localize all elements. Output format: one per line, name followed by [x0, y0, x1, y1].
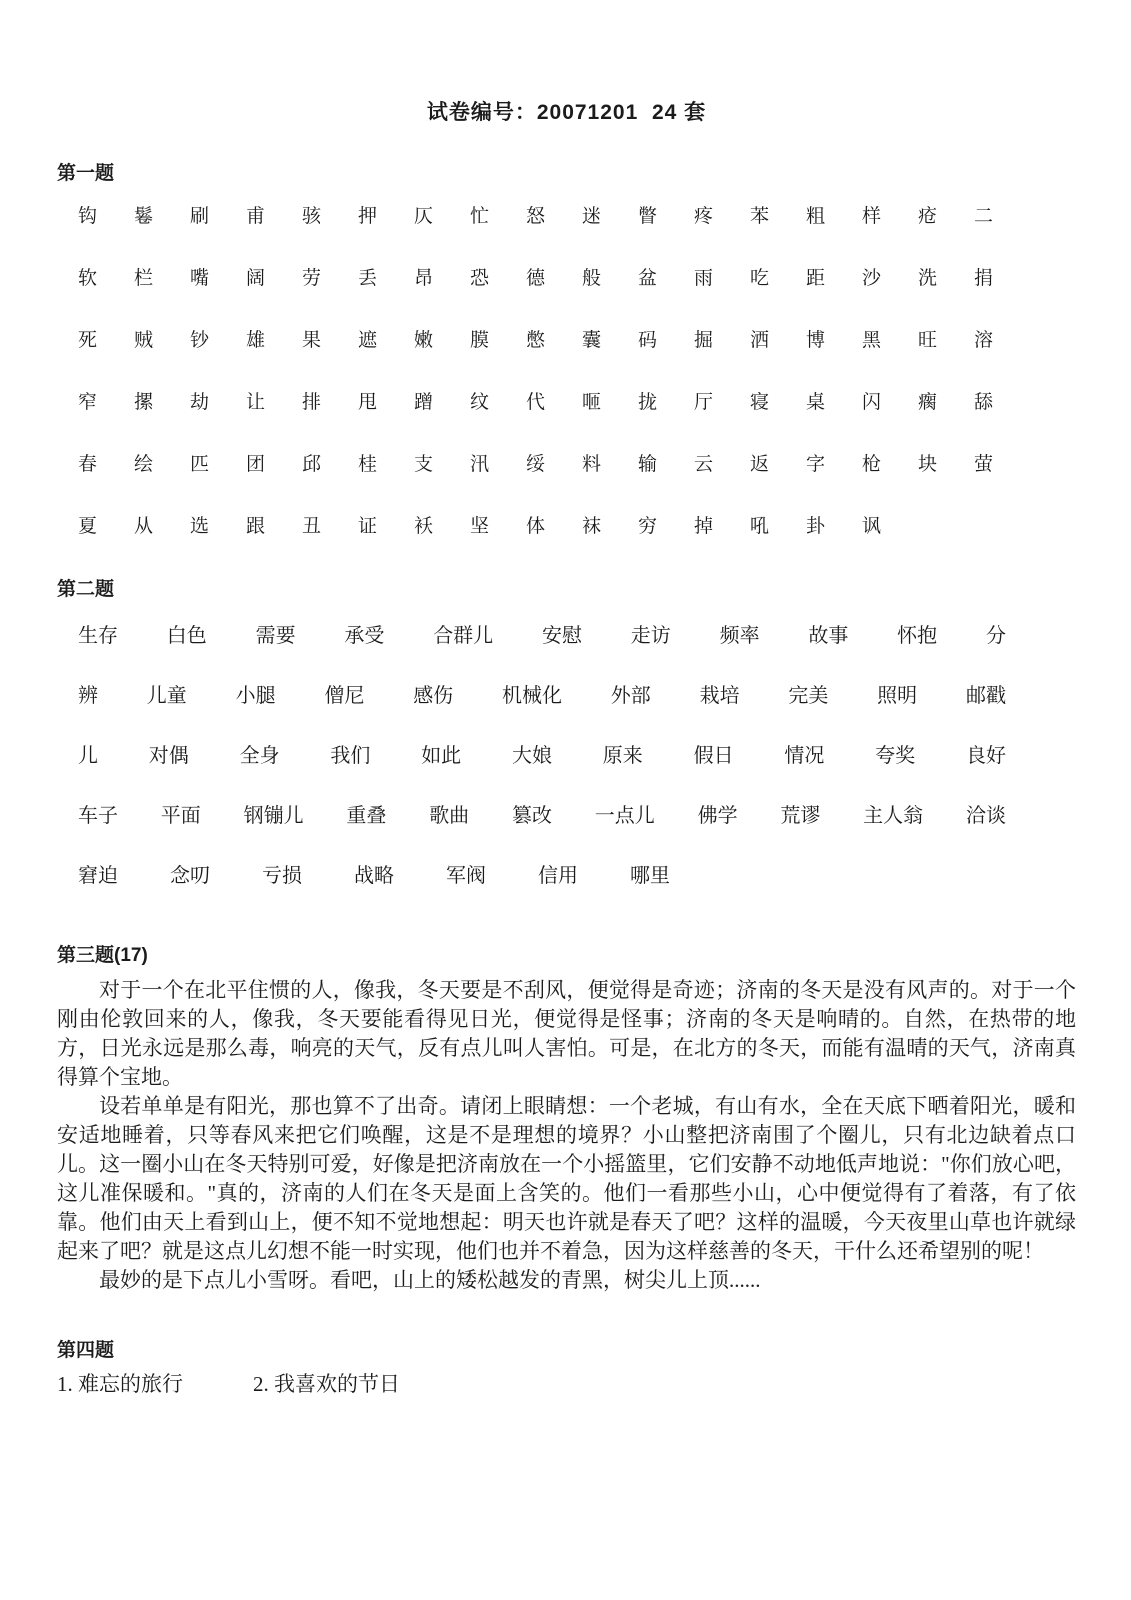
character-cell: 丢	[358, 268, 414, 290]
character-cell: 输	[638, 454, 694, 476]
word-cell: 频率	[720, 624, 760, 684]
character-cell: 仄	[414, 206, 470, 228]
character-cell: 劫	[190, 392, 246, 414]
character-cell: 体	[526, 516, 582, 538]
character-cell: 果	[302, 330, 358, 352]
word-cell: 车子	[78, 804, 118, 864]
word-cell: 良好	[966, 744, 1006, 804]
word-cell: 荒谬	[780, 804, 820, 864]
character-cell: 旺	[918, 330, 974, 352]
character-cell: 昂	[414, 268, 470, 290]
word-cell: 感伤	[413, 684, 453, 744]
word-cell: 夸奖	[875, 744, 915, 804]
question2-heading: 第二题	[57, 578, 1076, 602]
question2-row-5: 窘迫念叨亏损战略军阀信用哪里	[78, 864, 1006, 924]
character-cell: 迷	[582, 206, 638, 228]
character-cell: 夏	[78, 516, 134, 538]
character-cell: 块	[918, 454, 974, 476]
word-cell: 佛学	[698, 804, 738, 864]
question1-section: 第一题 钩鬈刷甫骇押仄忙怒迷瞥疼苯粗样疮二 软栏嘴阔劳丢昂恐德般盆雨吃距沙洗捐 …	[57, 162, 1076, 578]
word-cell: 念叨	[170, 864, 210, 924]
character-cell: 溶	[974, 330, 1030, 352]
character-cell: 摞	[134, 392, 190, 414]
character-cell: 囊	[582, 330, 638, 352]
character-cell: 骇	[302, 206, 358, 228]
word-cell: 亏损	[262, 864, 302, 924]
character-cell: 死	[78, 330, 134, 352]
word-cell: 钢镚儿	[244, 804, 304, 864]
word-cell: 窘迫	[78, 864, 118, 924]
word-cell: 全身	[240, 744, 280, 804]
question1-row-5: 春绘匹团邱桂支汛绥料输云返字枪块萤	[78, 454, 1076, 516]
character-cell: 粗	[806, 206, 862, 228]
character-cell: 卦	[806, 516, 862, 538]
word-cell: 歌曲	[429, 804, 469, 864]
essay-topics: 1. 难忘的旅行2. 我喜欢的节日	[57, 1370, 1076, 1398]
character-cell: 掉	[694, 516, 750, 538]
character-cell: 捐	[974, 268, 1030, 290]
character-cell: 雄	[246, 330, 302, 352]
character-cell: 匹	[190, 454, 246, 476]
character-cell: 劳	[302, 268, 358, 290]
character-cell: 遮	[358, 330, 414, 352]
character-cell: 厅	[694, 392, 750, 414]
character-cell: 样	[862, 206, 918, 228]
word-cell: 僧尼	[324, 684, 364, 744]
character-cell: 般	[582, 268, 638, 290]
character-cell: 支	[414, 454, 470, 476]
question3-heading: 第三题(17)	[57, 944, 1076, 968]
word-cell: 怀抱	[897, 624, 937, 684]
character-cell: 讽	[862, 516, 918, 538]
question2-word-grid: 生存白色需要承受合群儿安慰走访频率故事怀抱分 辨儿童小腿僧尼感伤机械化外部栽培完…	[78, 624, 1076, 924]
word-cell: 我们	[330, 744, 370, 804]
essay-topic: 2. 我喜欢的节日	[253, 1370, 400, 1398]
character-cell: 料	[582, 454, 638, 476]
word-cell: 如此	[421, 744, 461, 804]
character-cell: 钩	[78, 206, 134, 228]
question1-heading: 第一题	[57, 162, 1076, 186]
character-cell: 丑	[302, 516, 358, 538]
word-cell: 白色	[167, 624, 207, 684]
exam-paper: 试卷编号：20071201 24 套 第一题 钩鬈刷甫骇押仄忙怒迷瞥疼苯粗样疮二…	[0, 0, 1131, 1600]
character-cell: 盆	[638, 268, 694, 290]
character-cell: 嘴	[190, 268, 246, 290]
character-cell: 袄	[414, 516, 470, 538]
character-cell: 忙	[470, 206, 526, 228]
word-cell: 儿童	[147, 684, 187, 744]
question1-row-3: 死贼钞雄果遮嫩膜憋囊码掘洒博黑旺溶	[78, 330, 1076, 392]
character-cell: 雨	[694, 268, 750, 290]
character-cell: 拢	[638, 392, 694, 414]
character-cell: 嫩	[414, 330, 470, 352]
character-cell: 舔	[974, 392, 1030, 414]
character-cell: 绘	[134, 454, 190, 476]
word-cell: 分	[986, 624, 1006, 684]
word-cell: 平面	[161, 804, 201, 864]
character-cell: 从	[134, 516, 190, 538]
character-cell: 选	[190, 516, 246, 538]
question2-section: 第二题 生存白色需要承受合群儿安慰走访频率故事怀抱分 辨儿童小腿僧尼感伤机械化外…	[57, 578, 1076, 924]
essay-topic: 1. 难忘的旅行	[57, 1370, 183, 1398]
word-cell: 机械化	[502, 684, 562, 744]
word-cell: 儿	[78, 744, 98, 804]
character-cell: 洗	[918, 268, 974, 290]
word-cell: 一点儿	[595, 804, 655, 864]
character-cell: 寝	[750, 392, 806, 414]
character-cell: 掘	[694, 330, 750, 352]
character-cell: 甫	[246, 206, 302, 228]
character-cell: 膜	[470, 330, 526, 352]
question4-heading: 第四题	[57, 1339, 1076, 1363]
question1-char-grid: 钩鬈刷甫骇押仄忙怒迷瞥疼苯粗样疮二 软栏嘴阔劳丢昂恐德般盆雨吃距沙洗捐 死贼钞雄…	[78, 206, 1076, 578]
word-cell: 小腿	[236, 684, 276, 744]
character-cell: 返	[750, 454, 806, 476]
word-cell: 安慰	[542, 624, 582, 684]
character-cell: 瞥	[638, 206, 694, 228]
word-cell: 生存	[78, 624, 118, 684]
word-cell: 故事	[808, 624, 848, 684]
character-cell: 纹	[470, 392, 526, 414]
question1-row-1: 钩鬈刷甫骇押仄忙怒迷瞥疼苯粗样疮二	[78, 206, 1076, 268]
word-cell: 对偶	[149, 744, 189, 804]
word-cell: 洽谈	[966, 804, 1006, 864]
word-cell: 走访	[631, 624, 671, 684]
character-cell: 吼	[750, 516, 806, 538]
word-cell: 需要	[256, 624, 296, 684]
character-cell: 阔	[246, 268, 302, 290]
word-cell: 假日	[694, 744, 734, 804]
character-cell: 排	[302, 392, 358, 414]
question4-section: 第四题 1. 难忘的旅行2. 我喜欢的节日	[57, 1339, 1076, 1398]
word-cell: 战略	[354, 864, 394, 924]
character-cell: 德	[526, 268, 582, 290]
character-cell: 栏	[134, 268, 190, 290]
character-cell: 跟	[246, 516, 302, 538]
character-cell: 疼	[694, 206, 750, 228]
word-cell: 承受	[344, 624, 384, 684]
character-cell: 贼	[134, 330, 190, 352]
question2-row-2: 辨儿童小腿僧尼感伤机械化外部栽培完美照明邮戳	[78, 684, 1006, 744]
paper-title: 试卷编号：20071201 24 套	[57, 96, 1076, 126]
character-cell: 闪	[862, 392, 918, 414]
character-cell: 鬈	[134, 206, 190, 228]
character-cell: 博	[806, 330, 862, 352]
word-cell: 照明	[877, 684, 917, 744]
word-cell: 重叠	[346, 804, 386, 864]
question1-row-4: 窄摞劫让排甩蹭纹代咂拢厅寝桌闪瘸舔	[78, 392, 1076, 454]
character-cell: 枪	[862, 454, 918, 476]
character-cell: 吃	[750, 268, 806, 290]
question2-row-4: 车子平面钢镚儿重叠歌曲篡改一点儿佛学荒谬主人翁洽谈	[78, 804, 1006, 864]
character-cell: 洒	[750, 330, 806, 352]
word-cell: 情况	[784, 744, 824, 804]
character-cell: 窄	[78, 392, 134, 414]
character-cell: 证	[358, 516, 414, 538]
character-cell: 恐	[470, 268, 526, 290]
character-cell: 钞	[190, 330, 246, 352]
character-cell: 邱	[302, 454, 358, 476]
character-cell: 桌	[806, 392, 862, 414]
question3-section: 第三题(17) 对于一个在北平住惯的人，像我，冬天要是不刮风，便觉得是奇迹；济南…	[57, 944, 1076, 1295]
word-cell: 信用	[538, 864, 578, 924]
character-cell: 穷	[638, 516, 694, 538]
character-cell: 疮	[918, 206, 974, 228]
word-cell: 辨	[78, 684, 98, 744]
character-cell: 坚	[470, 516, 526, 538]
word-cell: 完美	[788, 684, 828, 744]
question1-row-6: 夏从选跟丑证袄坚体袜穷掉吼卦讽	[78, 516, 1076, 578]
word-cell: 合群儿	[433, 624, 493, 684]
character-cell: 字	[806, 454, 862, 476]
word-cell: 原来	[603, 744, 643, 804]
reading-passage: 对于一个在北平住惯的人，像我，冬天要是不刮风，便觉得是奇迹；济南的冬天是没有风声…	[57, 976, 1076, 1295]
character-cell: 蹭	[414, 392, 470, 414]
character-cell: 二	[974, 206, 1030, 228]
character-cell: 怒	[526, 206, 582, 228]
character-cell: 代	[526, 392, 582, 414]
character-cell: 软	[78, 268, 134, 290]
character-cell: 袜	[582, 516, 638, 538]
character-cell: 团	[246, 454, 302, 476]
word-cell: 篡改	[512, 804, 552, 864]
character-cell: 刷	[190, 206, 246, 228]
character-cell: 让	[246, 392, 302, 414]
character-cell: 距	[806, 268, 862, 290]
character-cell: 瘸	[918, 392, 974, 414]
passage-paragraph: 对于一个在北平住惯的人，像我，冬天要是不刮风，便觉得是奇迹；济南的冬天是没有风声…	[57, 976, 1076, 1092]
character-cell: 萤	[974, 454, 1030, 476]
question2-row-1: 生存白色需要承受合群儿安慰走访频率故事怀抱分	[78, 624, 1006, 684]
character-cell: 憋	[526, 330, 582, 352]
character-cell: 桂	[358, 454, 414, 476]
character-cell: 汛	[470, 454, 526, 476]
character-cell: 咂	[582, 392, 638, 414]
word-cell: 军阀	[446, 864, 486, 924]
word-cell: 外部	[611, 684, 651, 744]
word-cell: 邮戳	[966, 684, 1006, 744]
character-cell: 春	[78, 454, 134, 476]
passage-paragraph: 最妙的是下点儿小雪呀。看吧，山上的矮松越发的青黑，树尖儿上顶......	[57, 1266, 1076, 1295]
word-cell: 大娘	[512, 744, 552, 804]
question1-row-2: 软栏嘴阔劳丢昂恐德般盆雨吃距沙洗捐	[78, 268, 1076, 330]
character-cell: 绥	[526, 454, 582, 476]
character-cell: 苯	[750, 206, 806, 228]
word-cell: 哪里	[630, 864, 670, 924]
word-cell: 主人翁	[863, 804, 923, 864]
question2-row-3: 儿对偶全身我们如此大娘原来假日情况夸奖良好	[78, 744, 1006, 804]
character-cell: 沙	[862, 268, 918, 290]
character-cell: 黑	[862, 330, 918, 352]
character-cell: 押	[358, 206, 414, 228]
passage-paragraph: 设若单单是有阳光，那也算不了出奇。请闭上眼睛想：一个老城，有山有水，全在天底下晒…	[57, 1092, 1076, 1266]
character-cell: 甩	[358, 392, 414, 414]
word-cell: 栽培	[700, 684, 740, 744]
character-cell: 码	[638, 330, 694, 352]
character-cell: 云	[694, 454, 750, 476]
